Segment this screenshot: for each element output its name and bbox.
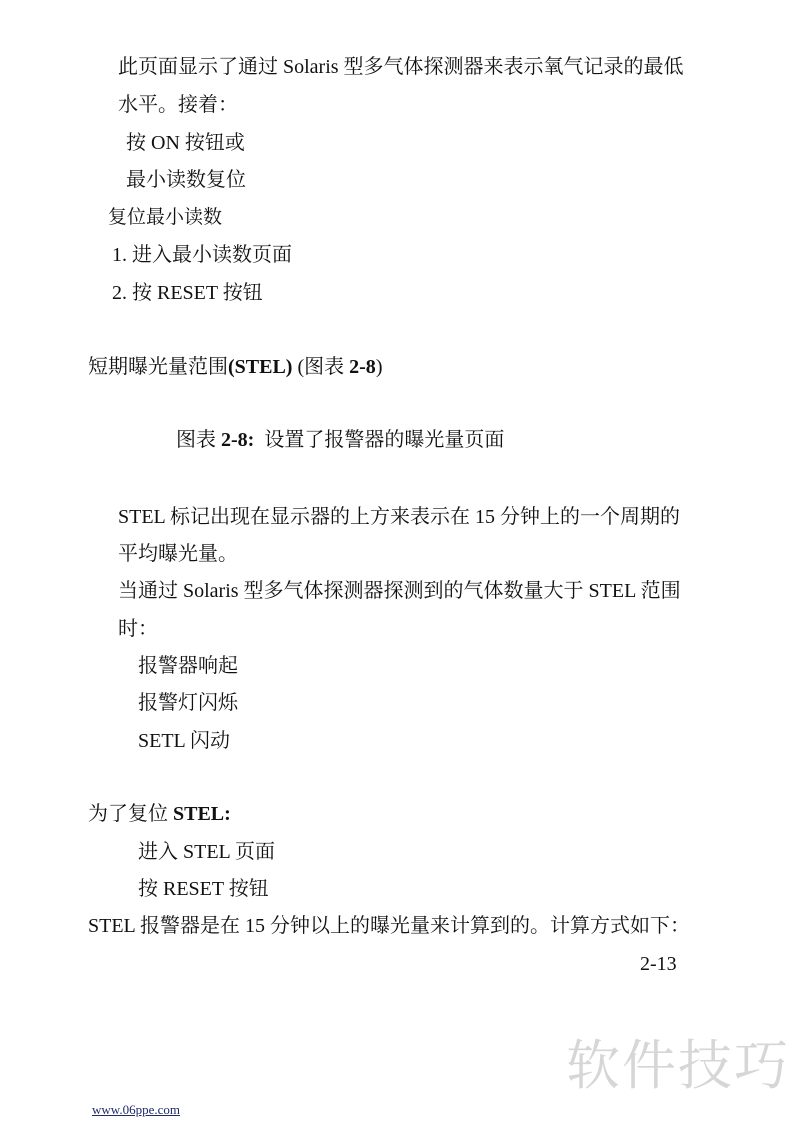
stel-cond-line-1: 当通过 Solaris 型多气体探测器探测到的气体数量大于 STEL 范围 (118, 578, 681, 604)
intro-option-2: 最小读数复位 (126, 167, 246, 193)
figure-caption: 图表 2-8: 设置了报警器的曝光量页面 (176, 427, 504, 453)
stel-effect-2: 报警灯闪烁 (138, 690, 238, 716)
reset-min-step-1: 1. 进入最小读数页面 (112, 242, 292, 268)
stel-effect-1: 报警器响起 (138, 653, 238, 679)
stel-calc-line: STEL 报警器是在 15 分钟以上的曝光量来计算到的。计算方式如下： (88, 913, 690, 939)
stel-desc-line-1: STEL 标记出现在显示器的上方来表示在 15 分钟上的一个周期的 (118, 504, 680, 530)
intro-option-1: 按 ON 按钮或 (126, 130, 245, 156)
reset-stel-title-bold: STEL: (173, 803, 231, 825)
page-number: 2-13 (640, 951, 677, 977)
reset-stel-step-2: 按 RESET 按钮 (138, 876, 269, 902)
stel-heading-abbr: (STEL) (228, 356, 292, 378)
reset-stel-title-prefix: 为了复位 (88, 803, 173, 825)
stel-heading-suffix: ) (376, 356, 383, 378)
watermark-text: 软件技巧 (566, 1034, 790, 1098)
reset-min-title: 复位最小读数 (108, 205, 222, 231)
stel-cond-line-2: 时： (118, 616, 158, 642)
intro-line-2: 水平。接着： (118, 92, 238, 118)
stel-effect-3: SETL 闪动 (138, 728, 230, 754)
figure-caption-text: 设置了报警器的曝光量页面 (254, 429, 504, 451)
stel-heading-figure-ref: 2-8 (349, 356, 376, 378)
stel-desc-line-2: 平均曝光量。 (118, 541, 238, 567)
stel-heading: 短期曝光量范围(STEL) (图表 2-8) (88, 354, 382, 380)
stel-heading-prefix: 短期曝光量范围 (88, 356, 228, 378)
footer-website-link[interactable]: www.06ppe.com (92, 1102, 180, 1118)
stel-heading-mid: (图表 (292, 356, 349, 378)
reset-min-step-2: 2. 按 RESET 按钮 (112, 280, 263, 306)
reset-stel-step-1: 进入 STEL 页面 (138, 839, 275, 865)
figure-caption-number: 2-8: (221, 429, 254, 451)
figure-caption-prefix: 图表 (176, 429, 221, 451)
intro-line-1: 此页面显示了通过 Solaris 型多气体探测器来表示氧气记录的最低 (118, 54, 684, 80)
reset-stel-title: 为了复位 STEL: (88, 801, 231, 827)
